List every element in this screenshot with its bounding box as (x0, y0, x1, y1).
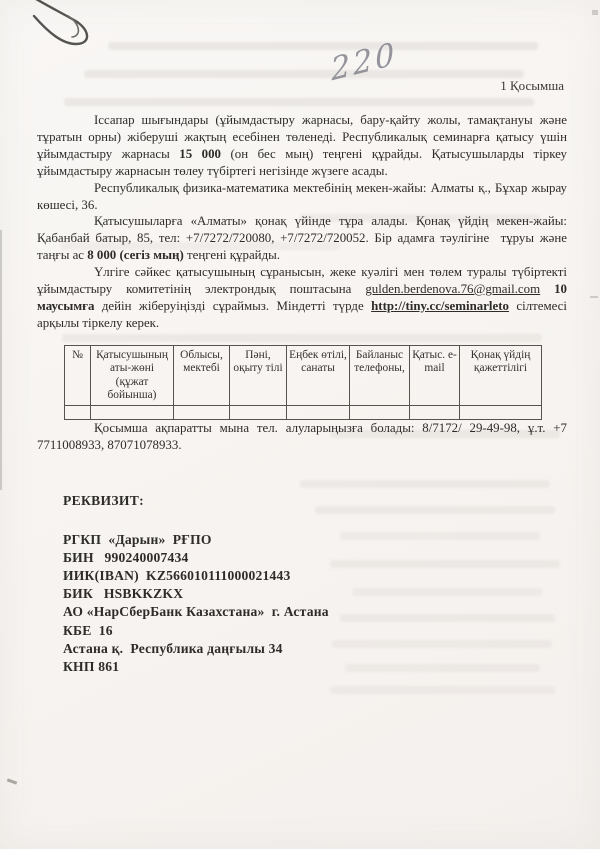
table-cell-empty (91, 405, 174, 419)
table-cell-empty (460, 405, 542, 419)
scan-mark (590, 296, 598, 298)
table-cell-empty (350, 405, 410, 419)
col-subject-language: Пәні, оқыту тілі (230, 345, 287, 405)
requisite-bik: БИК HSBKKZKX (63, 585, 567, 603)
table-header-row: № Қатысушының аты-жөні (құжат бойынша) О… (65, 345, 542, 405)
requisite-bin: БИН 990240007434 (63, 549, 567, 567)
col-contact-phone: Байланыс телефоны, (350, 345, 410, 405)
paperclip-icon (8, 0, 118, 66)
col-hotel-need: Қонақ үйдің қажеттілігі (460, 345, 542, 405)
table-cell-empty (65, 405, 91, 419)
requisite-bank: АО «НарСберБанк Казахстана» г. Астана (63, 603, 567, 621)
requisite-iban: ИИК(IBAN) KZ566010111000021443 (63, 567, 567, 585)
requisites-title: РЕКВИЗИТ: (63, 493, 567, 510)
table-cell-empty (287, 405, 350, 419)
col-email: Қатыс. e-mail (410, 345, 460, 405)
paragraph-travel-expenses: Іссапар шығындары (ұйымдастыру жарнасы, … (37, 112, 567, 180)
paragraph-registration-instructions: Үлгіге сәйкес қатысушының сұранысын, жек… (37, 264, 567, 332)
requisite-organization: РГКП «Дарын» РҒПО (63, 531, 567, 549)
scan-mark (7, 778, 17, 784)
bleed-through-line (330, 686, 555, 694)
requisite-knp: КНП 861 (63, 658, 567, 676)
paragraph-hotel-info: Қатысушыларға «Алматы» қонақ үйінде тұра… (37, 213, 567, 264)
requisites-block: РГКП «Дарын» РҒПО БИН 990240007434 ИИК(I… (63, 531, 567, 677)
table-cell-empty (410, 405, 460, 419)
document-body: Іссапар шығындары (ұйымдастыру жарнасы, … (37, 112, 567, 676)
col-participant-name: Қатысушының аты-жөні (құжат бойынша) (91, 345, 174, 405)
bleed-through-line (64, 98, 534, 106)
bleed-through-line (84, 70, 524, 78)
table-cell-empty (174, 405, 230, 419)
bleed-through-line (108, 42, 538, 50)
participant-table: № Қатысушының аты-жөні (құжат бойынша) О… (64, 345, 542, 420)
scan-edge-artifact (0, 230, 2, 490)
requisite-kbe: КБЕ 16 (63, 622, 567, 640)
col-number: № (65, 345, 91, 405)
paragraph-school-address: Республикалық физика-математика мектебін… (37, 180, 567, 214)
paragraph-additional-contacts: Қосымша ақпаратты мына тел. алуларыңызға… (37, 420, 567, 454)
table-row (65, 405, 542, 419)
col-region-school: Облысы, мектебі (174, 345, 230, 405)
scanned-document-page: 220 1 Қосымша Іссапар шығындары (ұйымдас… (0, 0, 600, 849)
scan-mark (592, 10, 598, 15)
requisite-address: Астана қ. Республика даңғылы 34 (63, 640, 567, 658)
table-cell-empty (230, 405, 287, 419)
appendix-label: 1 Қосымша (500, 78, 564, 94)
col-experience-category: Еңбек өтілі, санаты (287, 345, 350, 405)
